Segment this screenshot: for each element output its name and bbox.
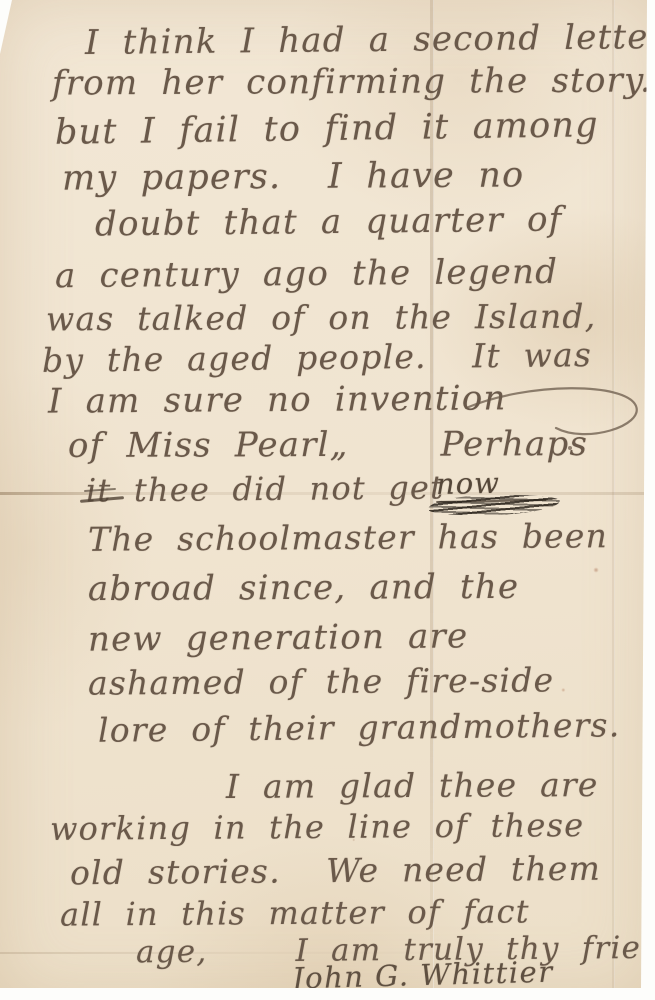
- handwriting-line-4: my papers. I have no: [62, 156, 525, 198]
- handwriting-line-12: The schoolmaster has been: [88, 518, 608, 558]
- letter-page: I think I had a second letterfrom her co…: [0, 0, 655, 1000]
- handwriting-line-15: ashamed of the fire-side: [88, 662, 554, 702]
- handwriting-line-5: doubt that a quarter of: [95, 202, 563, 244]
- handwriting-line-7: was talked of on the Island,: [46, 299, 597, 338]
- handwriting-line-3: but I fail to find it among: [55, 106, 599, 152]
- handwriting-line-16: lore of their grandmothers.: [98, 707, 621, 749]
- handwriting-line-14: new generation are: [88, 618, 469, 659]
- signature: John G. Whittier: [292, 955, 554, 996]
- pen-flourish: [458, 378, 653, 456]
- handwriting-line-2: from her confirming the story.: [52, 62, 652, 103]
- handwriting-line-1: I think I had a second letter: [85, 19, 655, 62]
- handwriting-line-8: by the aged people. It was: [42, 337, 592, 379]
- handwriting-line-13: abroad since, and the: [88, 569, 519, 609]
- handwriting-line-9: I am sure no invention: [48, 380, 507, 421]
- handwriting-line-19: old stories. We need them: [70, 851, 601, 892]
- handwriting-line-17: I am glad thee are: [226, 767, 599, 805]
- handwriting-line-18: working in the line of these: [50, 808, 585, 847]
- handwriting-line-6: a century ago the legend: [55, 254, 558, 296]
- handwriting-line-11: it thee did not get: [86, 470, 444, 508]
- handwriting-line-20: all in this matter of fact: [60, 894, 530, 932]
